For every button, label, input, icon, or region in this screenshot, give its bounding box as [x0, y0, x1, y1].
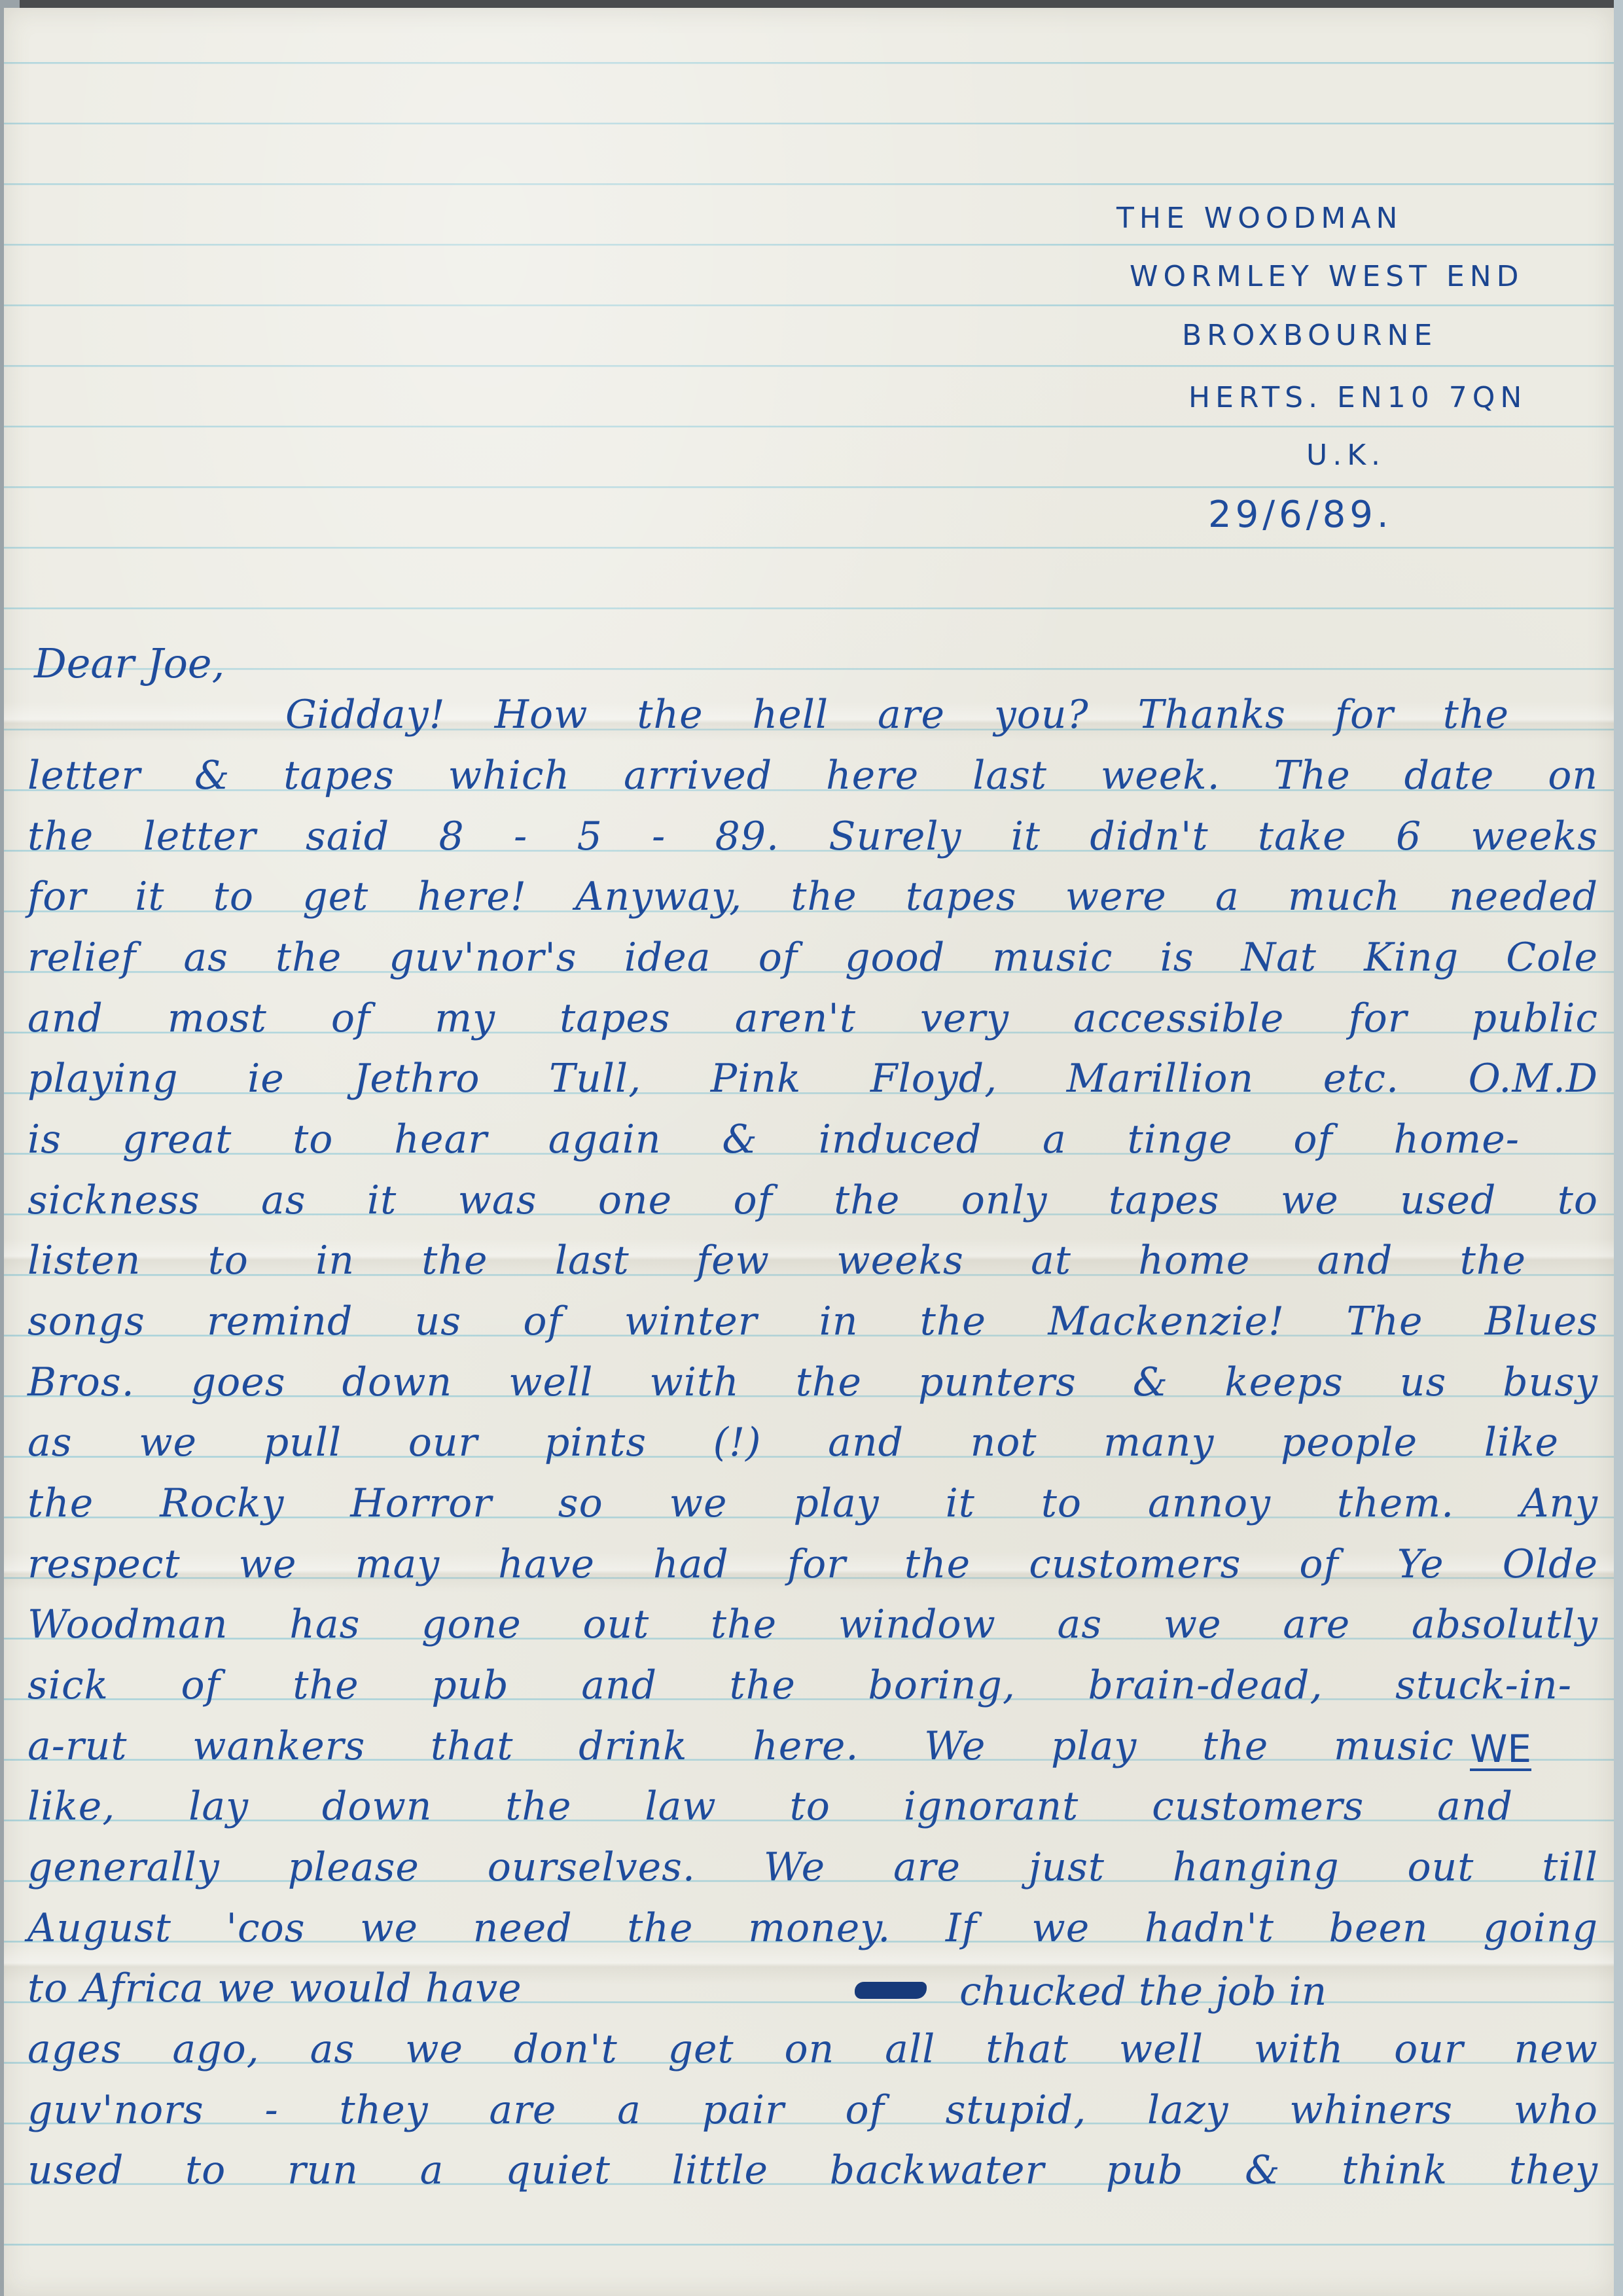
- body-line: sickness as it was one of the only tapes…: [27, 1181, 1598, 1220]
- body-line: guv'nors - they are a pair of stupid, la…: [27, 2090, 1598, 2130]
- scan-top-edge: [20, 0, 1616, 8]
- body-line: to Africa we would have: [27, 1969, 852, 2008]
- body-line: sick of the pub and the boring, brain-de…: [27, 1666, 1572, 1705]
- address-line-town: BROXBOURNE: [1182, 319, 1437, 352]
- address-line-county-postcode: HERTS. EN10 7QN: [1188, 381, 1527, 414]
- body-line: the letter said 8 - 5 - 89. Surely it di…: [27, 817, 1598, 856]
- body-line: for it to get here! Anyway, the tapes we…: [27, 877, 1598, 916]
- body-line: Bros. goes down well with the punters & …: [27, 1363, 1598, 1402]
- body-line: playing ie Jethro Tull, Pink Floyd, Mari…: [27, 1059, 1598, 1098]
- scan-right-edge: [1614, 0, 1623, 2296]
- body-line: Woodman has gone out the window as we ar…: [27, 1605, 1598, 1644]
- body-line: used to run a quiet little backwater pub…: [27, 2151, 1598, 2190]
- letter-date: 29/6/89.: [1208, 493, 1393, 536]
- body-line: and most of my tapes aren't very accessi…: [27, 999, 1598, 1038]
- body-line-continuation: chucked the job in: [959, 1969, 1327, 2015]
- body-line: letter & tapes which arrived here last w…: [27, 756, 1598, 795]
- salutation: Dear Joe,: [34, 639, 224, 687]
- body-line: songs remind us of winter in the Mackenz…: [27, 1302, 1598, 1341]
- body-line: ages ago, as we don't get on all that we…: [27, 2030, 1598, 2069]
- body-line: a-rut wankers that drink here. We play t…: [27, 1727, 1454, 1766]
- address-line-country: U.K.: [1306, 439, 1385, 472]
- emphasized-word-we: WE: [1470, 1727, 1531, 1771]
- body-line: respect we may have had for the customer…: [27, 1545, 1598, 1584]
- body-line: August 'cos we need the money. If we had…: [27, 1909, 1598, 1948]
- address-line-pub: THE WOODMAN: [1116, 202, 1402, 235]
- body-line: relief as the guv'nor's idea of good mus…: [27, 938, 1598, 977]
- body-line: the Rocky Horror so we play it to annoy …: [27, 1484, 1598, 1523]
- crossed-out-word: [855, 1982, 927, 1999]
- address-line-locality: WORMLEY WEST END: [1130, 260, 1524, 293]
- letter-page: THE WOODMAN WORMLEY WEST END BROXBOURNE …: [4, 8, 1614, 2296]
- body-line: as we pull our pints (!) and not many pe…: [27, 1423, 1559, 1462]
- body-line: is great to hear again & induced a tinge…: [27, 1120, 1520, 1159]
- body-line: like, lay down the law to ignorant custo…: [27, 1787, 1513, 1826]
- body-line: listen to in the last few weeks at home …: [27, 1241, 1526, 1280]
- body-line: generally please ourselves. We are just …: [27, 1848, 1598, 1887]
- body-line: Giddаy! How the hell are you? Thanks for…: [285, 695, 1509, 734]
